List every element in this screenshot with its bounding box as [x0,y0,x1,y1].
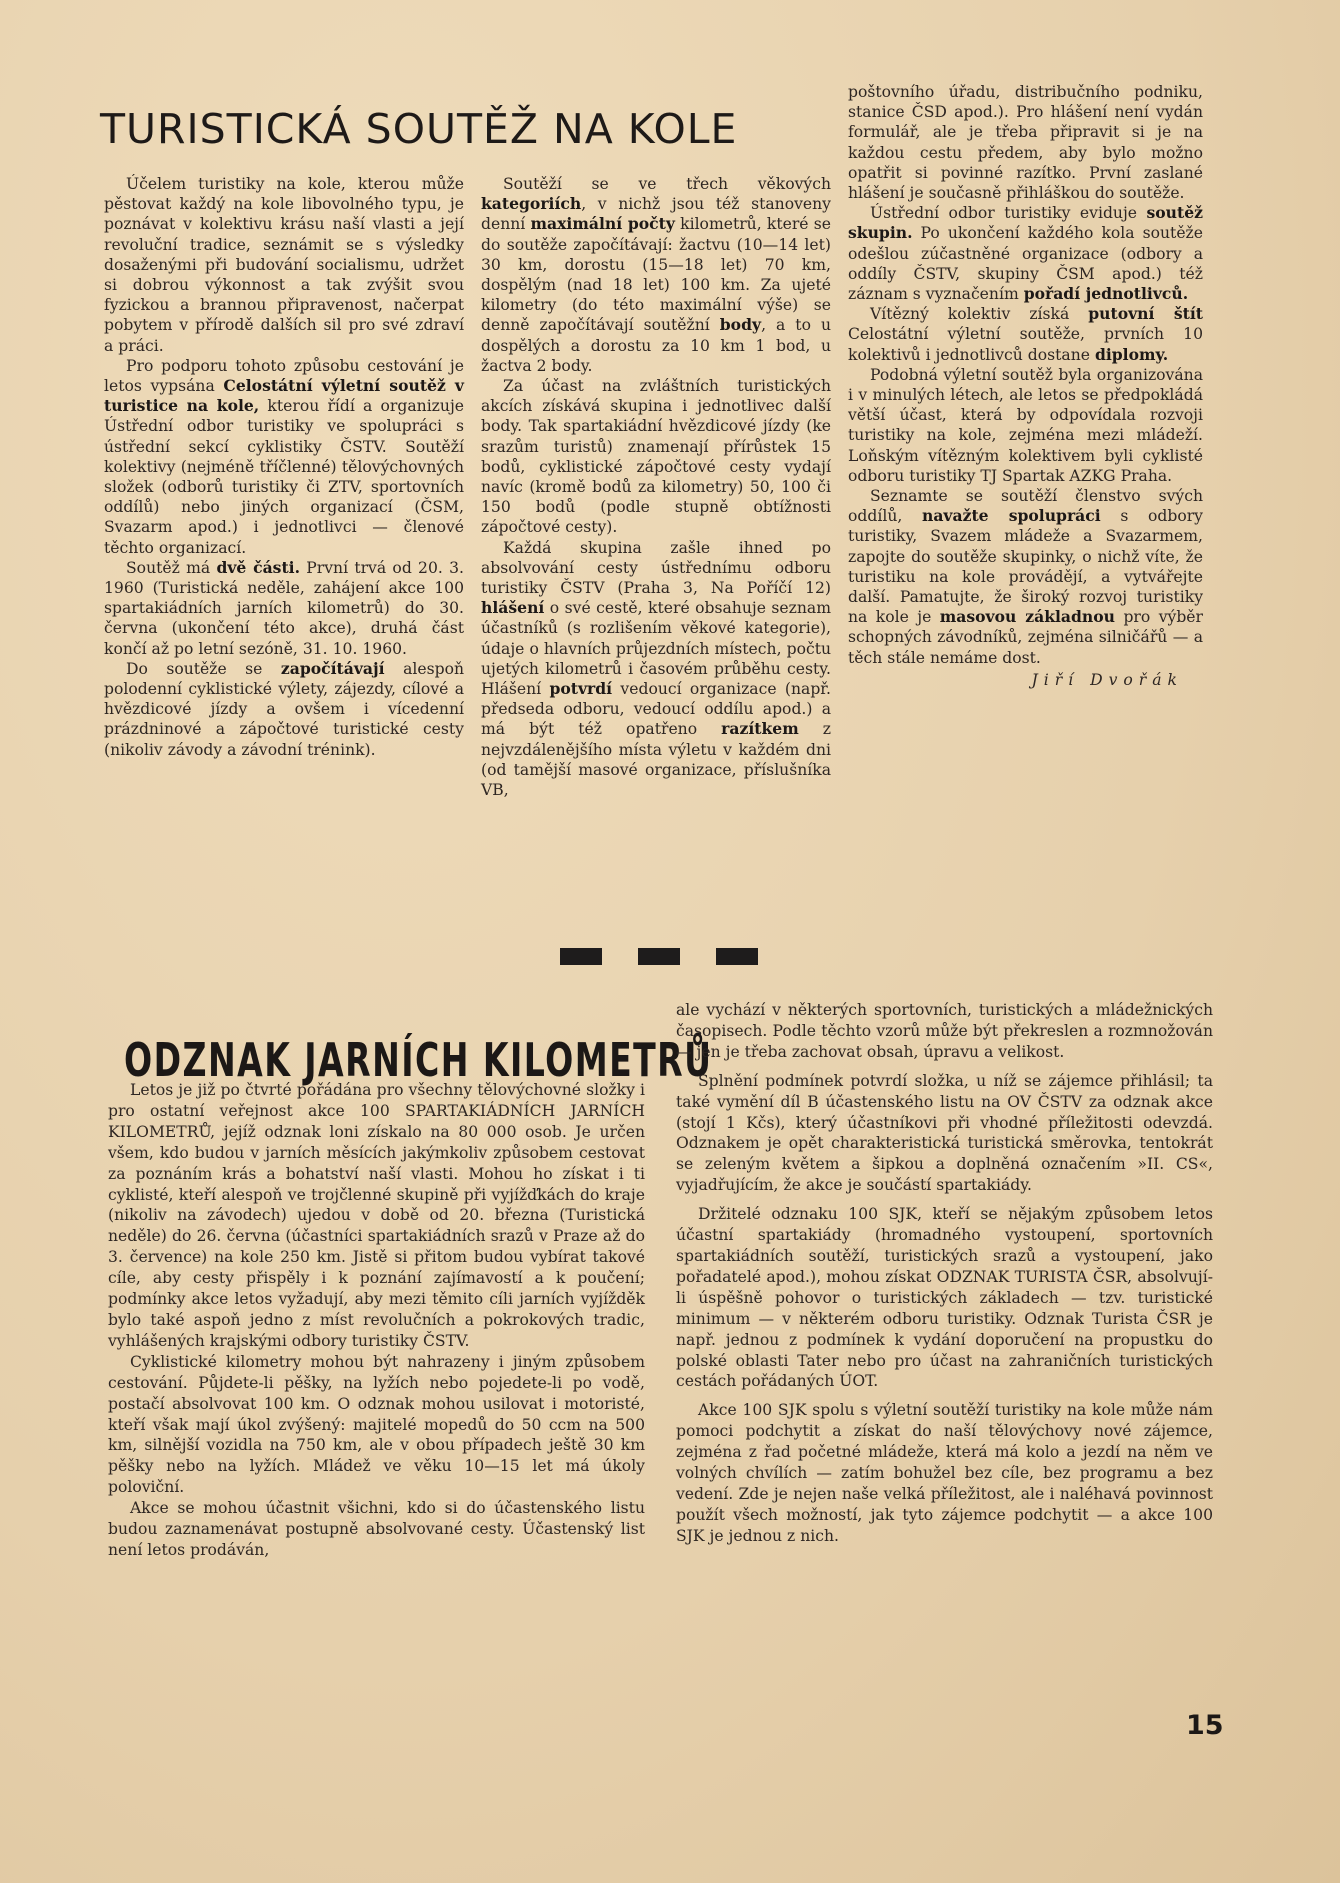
paragraph: Splnění podmínek potvrdí složka, u níž s… [676,1071,1213,1196]
article-title-spring-kilometres-badge: ODZNAK JARNÍCH KILOMETRŮ [124,1033,712,1087]
separator-block [560,948,602,965]
paragraph: Za účast na zvláštních turistických akcí… [481,376,831,538]
author-signature: Jiří Dvořák [848,670,1203,690]
paragraph: Akce 100 SJK spolu s výletní soutěží tur… [676,1400,1213,1546]
paragraph: Vítězný kolektiv získá putovní štít Celo… [848,304,1203,365]
page-number: 15 [1186,1710,1224,1741]
separator-block [716,948,758,965]
article1-column-1: Účelem turistiky na kole, kterou může pě… [104,174,464,760]
paragraph: Soutěží se ve třech věkových kategoriích… [481,174,831,376]
paragraph: Držitelé odznaku 100 SJK, kteří se nějak… [676,1204,1213,1392]
section-separator [560,948,758,965]
paragraph: Akce se mohou účastnit všichni, kdo si d… [108,1498,645,1561]
paragraph: Seznamte se soutěží členstvo svých oddíl… [848,486,1203,668]
paragraph: Letos je již po čtvrté pořádána pro všec… [108,1080,645,1352]
article2-column-2: ale vychází v některých sportovních, tur… [676,1000,1213,1547]
paragraph: Do soutěže se započítávají alespoň polod… [104,659,464,760]
paragraph: Cyklistické kilometry mohou být nahrazen… [108,1352,645,1498]
paragraph: Pro podporu tohoto způsobu cestování je … [104,356,464,558]
article1-column-2: Soutěží se ve třech věkových kategoriích… [481,174,831,800]
paragraph: Podobná výletní soutěž byla organizována… [848,365,1203,486]
article1-column-3: poštovního úřadu, distribučního podniku,… [848,82,1203,690]
separator-block [638,948,680,965]
paragraph: Soutěž má dvě části. První trvá od 20. 3… [104,558,464,659]
paragraph: Ústřední odbor turistiky eviduje soutěž … [848,203,1203,304]
paragraph: ale vychází v některých sportovních, tur… [676,1000,1213,1063]
paragraph: Účelem turistiky na kole, kterou může pě… [104,174,464,356]
paragraph: Každá skupina zašle ihned po absolvování… [481,538,831,801]
article-title-cycling-competition: TURISTICKÁ SOUTĚŽ NA KOLE [100,105,840,153]
article2-column-1: Letos je již po čtvrté pořádána pro všec… [108,1080,645,1561]
paragraph: poštovního úřadu, distribučního podniku,… [848,82,1203,203]
article1-column-3-body: poštovního úřadu, distribučního podniku,… [848,82,1203,668]
